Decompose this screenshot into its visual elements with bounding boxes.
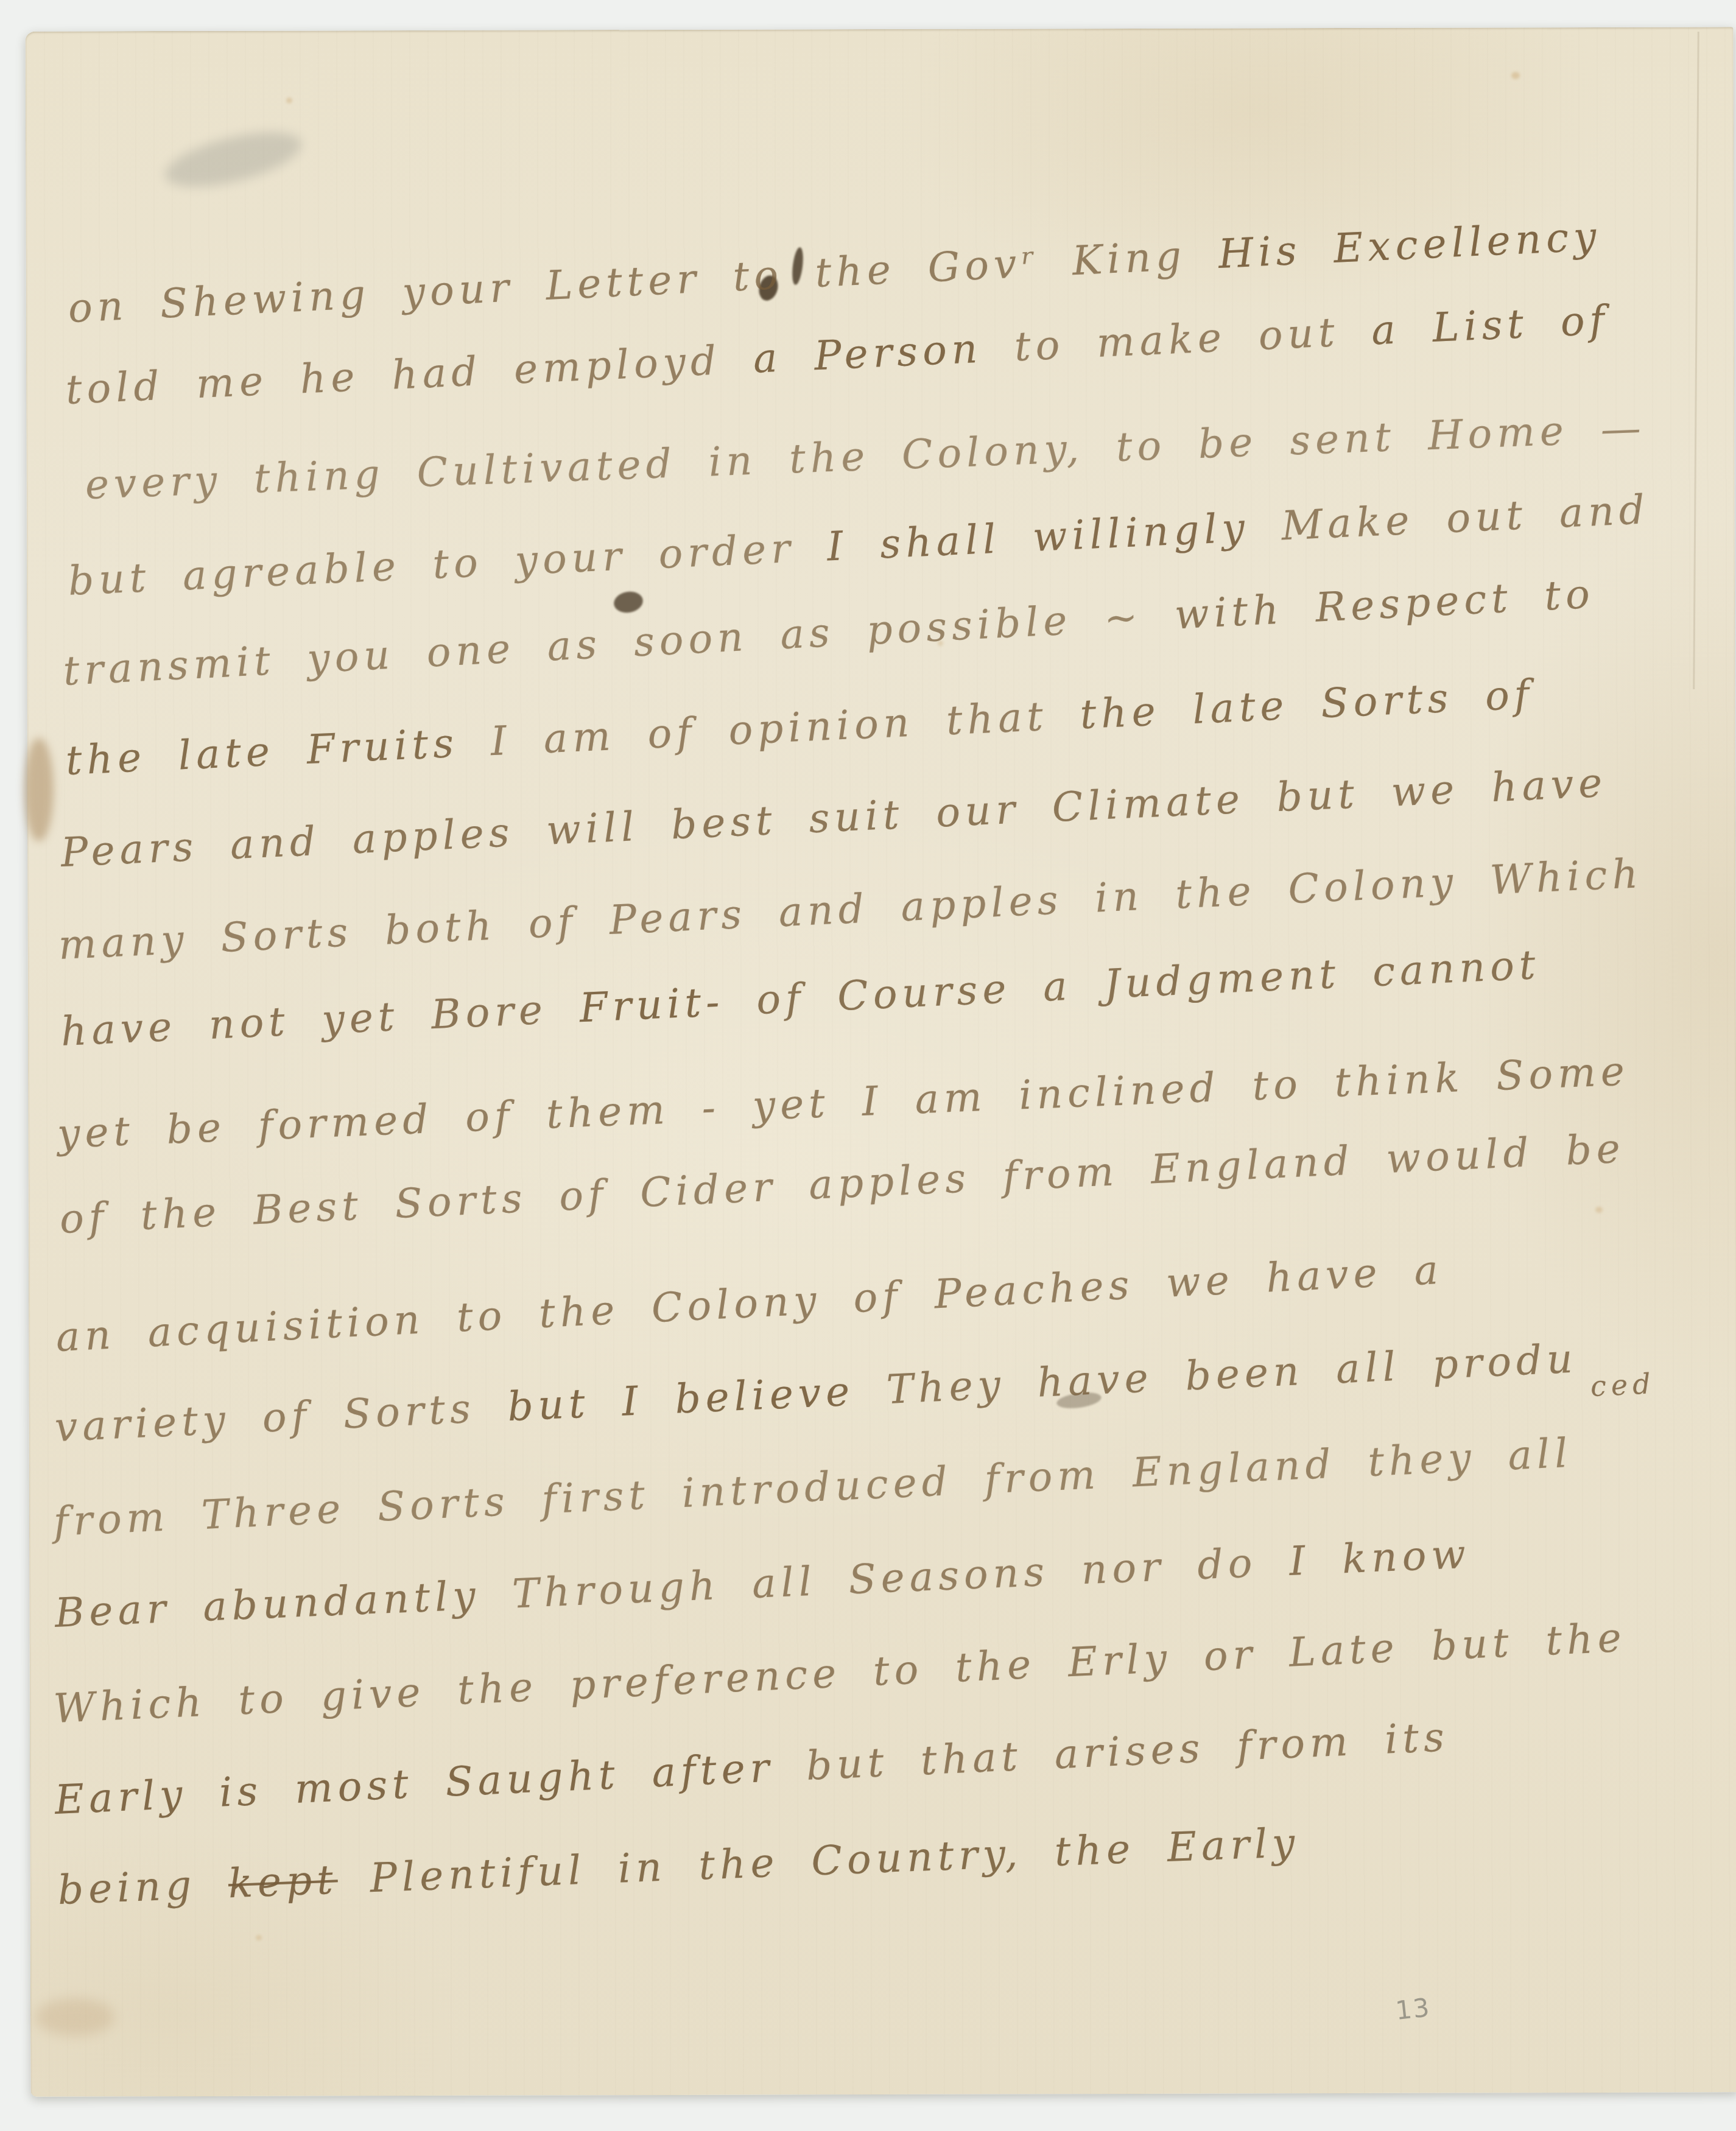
handwriting-segment: a Person: [752, 325, 983, 382]
handwriting-segment: being: [57, 1860, 230, 1914]
scanned-letter-page: on Shewing your Letter to the Govʳ King …: [0, 0, 1736, 2131]
foxing-spot: [256, 1935, 262, 1940]
handwriting-segment: I know: [1288, 1531, 1472, 1585]
foxing-spot: [1595, 1207, 1603, 1213]
corner-stain: [35, 1998, 114, 2036]
handwriting-segment: ced: [1590, 1367, 1656, 1403]
handwriting-segment: a List of: [1371, 297, 1611, 354]
handwriting-segment: but I believe: [507, 1367, 856, 1430]
struck-out-word: kept: [227, 1856, 339, 1907]
foxing-spot: [286, 97, 292, 104]
foxing-spot: [1511, 72, 1520, 79]
handwriting-segment: Fruit-: [578, 978, 725, 1032]
handwritten-line-13: ced: [1589, 1356, 1656, 1414]
left-edge-stain: [24, 738, 54, 841]
pencil-page-number: 13: [1393, 1980, 1433, 2038]
handwriting-segment: 13: [1394, 1992, 1432, 2026]
